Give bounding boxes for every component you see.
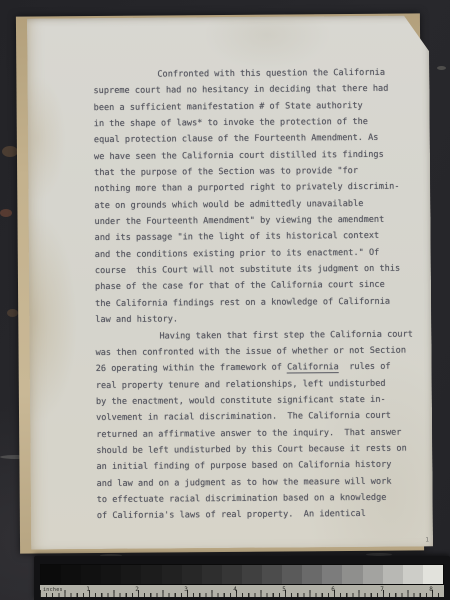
- ruler-number: 2: [135, 586, 139, 593]
- text-line: of California's laws of real property. A…: [97, 506, 407, 525]
- wedge-step: [403, 565, 423, 584]
- text-line: 26 operating within the framework of Cal…: [96, 359, 406, 378]
- photo-background: Confronted with this question the Califo…: [0, 0, 450, 600]
- typewritten-text: Confronted with this question the Califo…: [93, 65, 407, 525]
- wedge-step: [363, 565, 383, 584]
- wedge-step: [423, 565, 443, 584]
- wedge-step: [81, 565, 101, 584]
- wedge-step: [383, 565, 403, 584]
- wedge-step: [101, 565, 121, 584]
- ruler-number: 4: [233, 586, 237, 593]
- wedge-step: [262, 565, 282, 584]
- ruler-number: 5: [282, 586, 286, 593]
- wedge-step: [302, 565, 322, 584]
- ruler-number: 7: [380, 586, 384, 593]
- text-line: an initial finding of purpose based on C…: [96, 457, 406, 476]
- wedge-step: [162, 565, 182, 584]
- calibration-target: inches 12345678: [34, 556, 450, 600]
- page-number: 1: [425, 536, 429, 543]
- ruler-number: 1: [86, 586, 90, 593]
- grayscale-wedge: [40, 564, 444, 585]
- wedge-step: [182, 565, 202, 584]
- background-scuff: [437, 66, 446, 70]
- background-scuff: [2, 146, 18, 157]
- wedge-step: [121, 565, 141, 584]
- wedge-step: [282, 565, 302, 584]
- background-scuff: [7, 309, 18, 317]
- ruler-unit-label: inches: [43, 587, 63, 593]
- text-line: volvement in racial discrimination. The …: [96, 408, 406, 427]
- background-scuff: [0, 209, 12, 217]
- text-line: supreme court had no hesitancy in decidi…: [93, 81, 403, 100]
- wedge-step: [342, 565, 362, 584]
- inch-ruler: inches 12345678: [40, 585, 444, 597]
- wedge-step: [141, 565, 161, 584]
- wedge-step: [322, 565, 342, 584]
- wedge-step: [242, 565, 262, 584]
- wedge-step: [61, 565, 81, 584]
- wedge-step: [41, 565, 61, 584]
- ruler-number: 6: [331, 586, 335, 593]
- wedge-step: [202, 565, 222, 584]
- ruler-number: 8: [429, 586, 433, 593]
- text-line: equal protection clause of the Fourteent…: [94, 130, 404, 149]
- text-line: the California findings rest on a knowle…: [95, 293, 405, 312]
- ruler-number: 3: [184, 586, 188, 593]
- document-page: Confronted with this question the Califo…: [27, 15, 433, 549]
- wedge-step: [222, 565, 242, 584]
